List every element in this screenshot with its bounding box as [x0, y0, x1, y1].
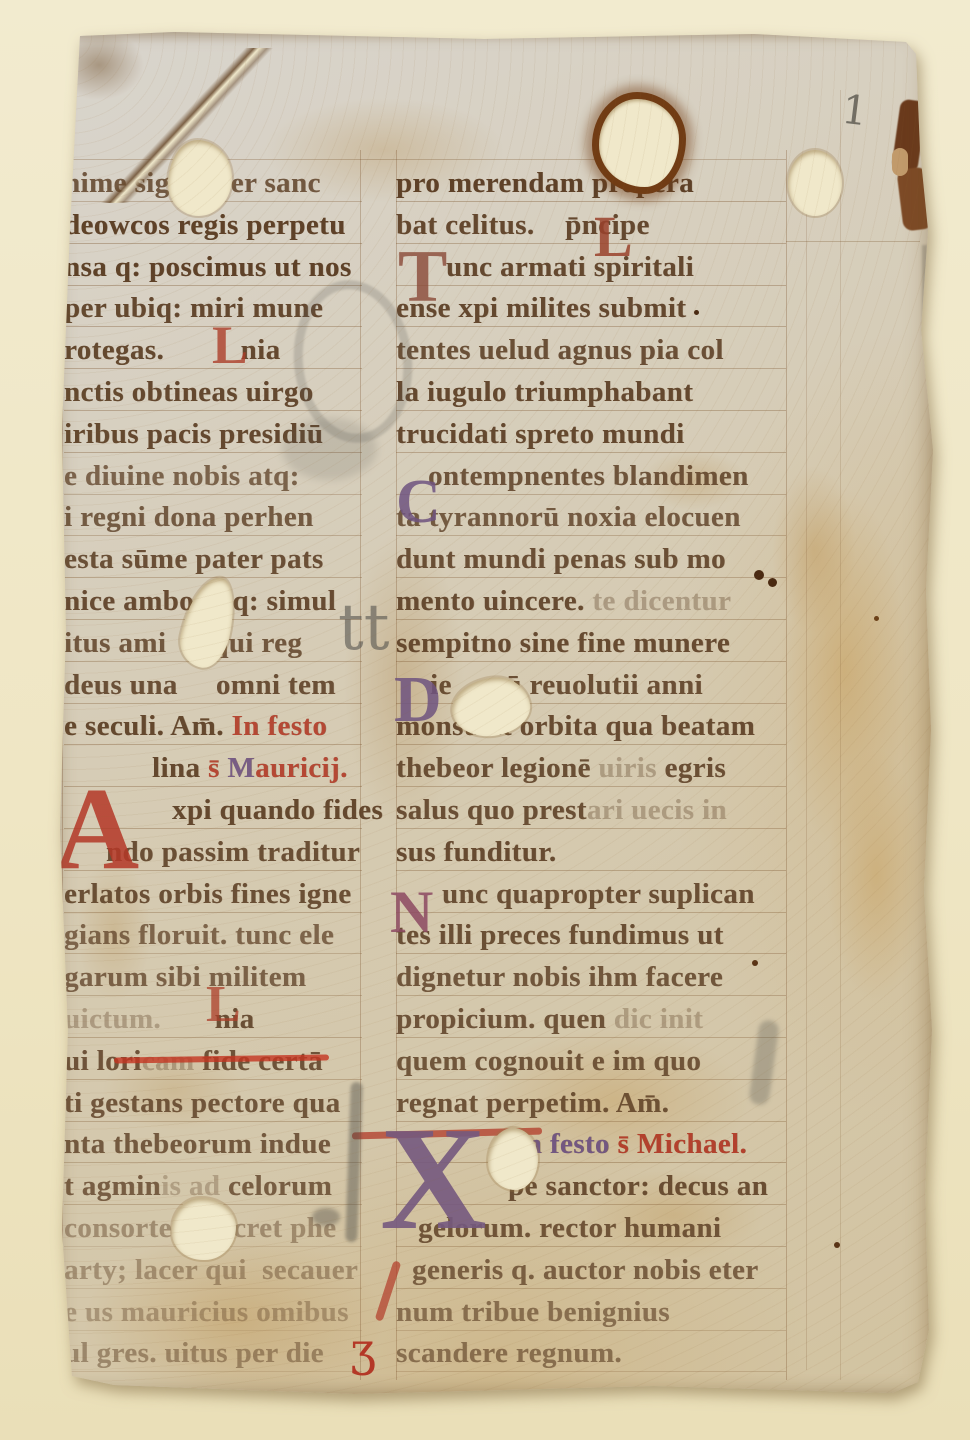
speck: [834, 1242, 840, 1248]
text-segment: pe sanctor: decus an: [508, 1172, 768, 1201]
text-segment: i regni dona perhen: [64, 503, 314, 532]
text-line: deus una omni tem: [64, 662, 362, 704]
ruling-line: [786, 241, 920, 242]
text-segment: ontempnentes blandimen: [428, 462, 749, 491]
text-segment: s̄: [208, 754, 227, 783]
text-segment: nsa q: poscimus ut nos: [64, 253, 352, 282]
text-line: trucidati spreto mundi: [396, 411, 786, 453]
text-segment: e diuine nobis atq:: [64, 462, 300, 491]
text-line: la iugulo triumphabant: [396, 369, 786, 411]
initial-L-red: L: [206, 984, 241, 1026]
text-segment: quem cognouit e im quo: [396, 1047, 701, 1076]
parchment-leaf: nime sig er sancdeowcos regis perpetunsa…: [54, 30, 934, 1398]
text-segment: lina: [152, 754, 208, 783]
text-segment: te dicentur: [592, 587, 731, 616]
text-segment: thebeor legionē: [396, 754, 598, 783]
text-segment: e seculi. Am̄.: [64, 712, 232, 741]
text-line: dignetur nobis ihm facere: [396, 954, 786, 996]
text-segment: sus funditur.: [396, 838, 557, 867]
initial-L-red: L: [212, 324, 248, 367]
wormhole: [768, 578, 777, 587]
text-segment: num tribue benignius: [396, 1298, 670, 1327]
initial-C-purple: C: [396, 478, 441, 528]
manuscript-photo: nime sig er sancdeowcos regis perpetunsa…: [0, 0, 970, 1440]
text-segment: la iugulo triumphabant: [396, 378, 693, 407]
text-line: nta thebeorum indue: [64, 1121, 362, 1163]
text-line: e us mauricius omibus: [64, 1289, 362, 1331]
text-line: dunt mundi penas sub mo: [396, 536, 786, 578]
text-segment: ari uecis in: [587, 796, 727, 825]
text-line: gians floruit. tunc ele: [64, 912, 362, 954]
text-segment: t agmin: [64, 1172, 161, 1201]
text-segment: is ad: [161, 1172, 228, 1201]
text-segment: e us mauricius omibus: [64, 1298, 349, 1327]
text-segment: celorum: [228, 1172, 332, 1201]
text-line: nsa q: poscimus ut nos: [64, 244, 362, 286]
text-segment: auricij.: [255, 754, 348, 783]
text-line: num tribue benignius: [396, 1289, 786, 1331]
edge-residue: [892, 148, 908, 176]
text-line: esta sūme pater pats: [64, 536, 362, 578]
text-segment: trucidati spreto mundi: [396, 420, 685, 449]
text-line: unc quapropter suplican: [396, 871, 786, 913]
charcoal-blob: [312, 1208, 340, 1226]
text-segment: ti gestans pectore qua: [64, 1089, 341, 1118]
hole: [488, 1128, 538, 1190]
text-line: i regni dona perhen: [64, 494, 362, 536]
text-segment: scandere regnum.: [396, 1339, 622, 1368]
manuscript-page: nime sig er sancdeowcos regis perpetunsa…: [54, 30, 934, 1398]
text-line: salus quo prestari uecis in: [396, 787, 786, 829]
text-line: ense xpi milites submit: [396, 285, 786, 327]
text-segment: In festo: [232, 712, 328, 741]
text-segment: dignetur nobis ihm facere: [396, 963, 723, 992]
text-segment: per ubiq: miri mune: [64, 294, 323, 323]
text-line: tes illi preces fundimus ut: [396, 912, 786, 954]
pencil-smudge: [282, 418, 377, 480]
speck: [752, 960, 758, 966]
text-segment: ndo passim traditur: [106, 838, 360, 867]
text-column-left: nime sig er sancdeowcos regis perpetunsa…: [64, 30, 362, 1398]
ruling-line: [786, 150, 787, 1380]
text-line: sus funditur.: [396, 829, 786, 871]
grey-margin-mark: tt: [338, 596, 389, 660]
text-segment: sempitno sine fine munere: [396, 629, 730, 658]
hole: [168, 140, 232, 216]
text-segment: garum sibi militem: [64, 963, 306, 992]
text-line: bat celitus. p̄ncipe: [396, 202, 786, 244]
text-segment: deus una omni tem: [64, 671, 336, 700]
ruling-line: [840, 90, 841, 1380]
text-segment: ta tyrannorū noxia elocuen: [396, 503, 741, 532]
text-segment: tentes uelud agnus pia col: [396, 336, 724, 365]
text-segment: uiris: [598, 754, 664, 783]
text-segment: unc armati spiritali: [446, 253, 694, 282]
hole: [788, 150, 842, 216]
text-segment: monstrat orbita qua beatam: [396, 712, 755, 741]
hole: [172, 1198, 236, 1260]
corner-stain: [54, 30, 144, 100]
text-segment: tes illi preces fundimus ut: [396, 921, 724, 950]
edge-residue: [896, 166, 933, 231]
text-segment: rotegas.: [64, 336, 164, 365]
initial-L-redbrown: L: [594, 214, 633, 260]
text-line: e seculi. Am̄. In festo: [64, 703, 362, 745]
initial-A-red: A: [54, 782, 139, 876]
text-line: ta tyrannorū noxia elocuen: [396, 494, 786, 536]
text-line: ontempnentes blandimen: [396, 453, 786, 495]
text-line: tentes uelud agnus pia col: [396, 327, 786, 369]
text-segment: mento uincere.: [396, 587, 592, 616]
text-segment: uictum.: [64, 1005, 161, 1034]
text-line: propicium. quen dic init: [396, 996, 786, 1038]
text-segment: propicium. quen: [396, 1005, 614, 1034]
text-line: mento uincere. te dicentur: [396, 578, 786, 620]
text-line: sempitno sine fine munere: [396, 620, 786, 662]
text-segment: dic init: [614, 1005, 703, 1034]
text-line: scandere regnum.: [396, 1330, 786, 1372]
initial-D-purple: D: [394, 674, 442, 727]
speck: [694, 310, 699, 315]
folio-number: 1: [839, 87, 870, 136]
text-segment: salus quo prest: [396, 796, 587, 825]
text-line: ul gres. uitus per die: [64, 1330, 362, 1372]
text-segment: ul gres. uitus per die: [64, 1339, 324, 1368]
text-segment: nta thebeorum indue: [64, 1130, 331, 1159]
grey-margin-dash: [922, 245, 928, 335]
text-segment: nctis obtineas uirgo: [64, 378, 314, 407]
text-segment: unc quapropter suplican: [442, 880, 755, 909]
initial-T-red: T: [398, 248, 447, 307]
wormhole: [754, 570, 764, 580]
initial-X-purple: X: [380, 1120, 487, 1238]
text-segment: dunt mundi penas sub mo: [396, 545, 726, 574]
ruling-line: [806, 170, 807, 1370]
text-segment: esta sūme pater pats: [64, 545, 324, 574]
text-segment: xpi quando fides: [172, 796, 383, 825]
hole: [592, 92, 686, 194]
speck: [874, 616, 879, 621]
text-segment: M: [227, 754, 255, 783]
text-segment: s̄ Michael.: [618, 1130, 748, 1159]
red-paragraph-mark: ʒ: [350, 1326, 376, 1372]
text-segment: arty; lacer qui secauer: [64, 1256, 358, 1285]
text-line: unc armati spiritali: [396, 244, 786, 286]
text-line: thebeor legionē uiris egris: [396, 745, 786, 787]
text-segment: egris: [664, 754, 726, 783]
text-segment: gians floruit. tunc ele: [64, 921, 334, 950]
text-line: pro merendam propera: [396, 160, 786, 202]
text-line: ti gestans pectore qua: [64, 1080, 362, 1122]
text-line: quem cognouit e im quo: [396, 1038, 786, 1080]
initial-N-redblue: N: [390, 888, 433, 936]
